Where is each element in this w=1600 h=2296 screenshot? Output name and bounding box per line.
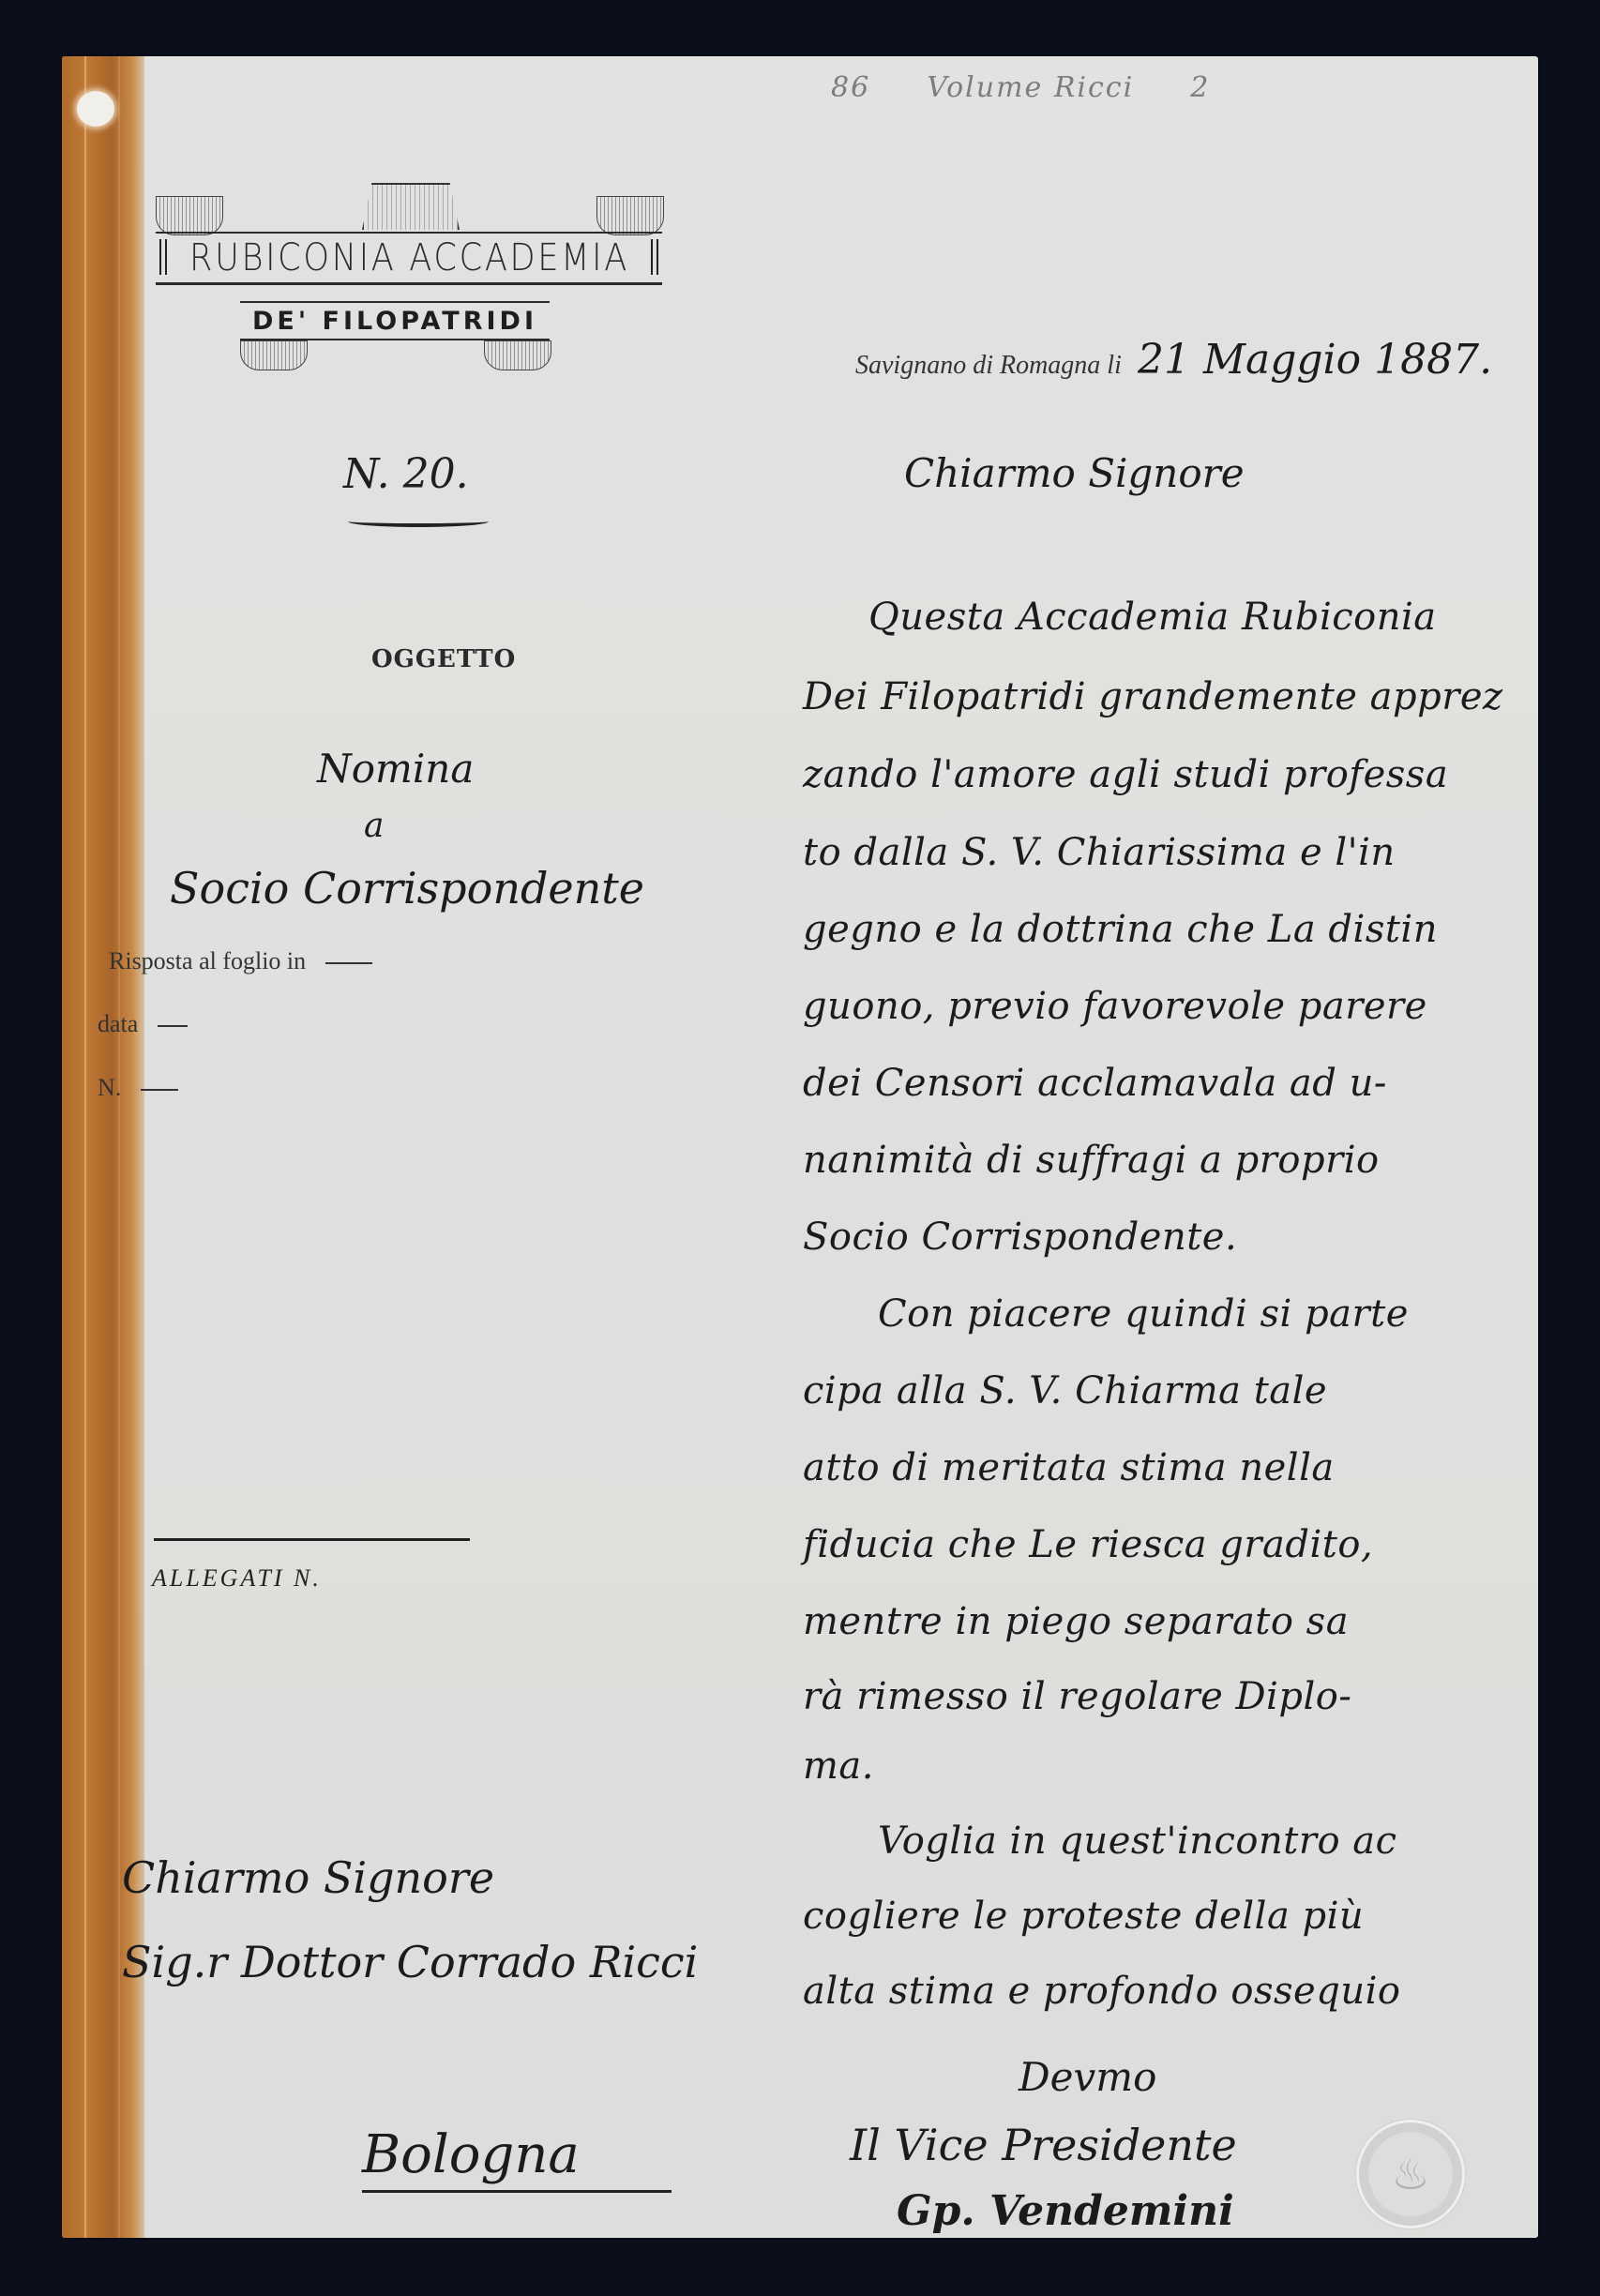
ribbon-curl-icon <box>596 196 664 235</box>
subject-line-2: a <box>364 807 384 845</box>
ribbon-curl-icon <box>484 340 551 370</box>
body-line: Con piacere quindi si parte <box>878 1292 1538 1336</box>
signature: Gp. Vendemini <box>897 2187 1234 2235</box>
punch-hole <box>77 91 114 127</box>
date-blank <box>158 1025 188 1027</box>
recipient-city: Bologna <box>362 2124 580 2185</box>
letterhead-title: RUBICONIA ACCADEMIA <box>189 236 629 279</box>
letterhead-subtitle: DE' FILOPATRIDI <box>252 307 537 336</box>
body-line: atto di meritata stima nella <box>803 1446 1538 1489</box>
reply-form-row: Risposta al foglio in <box>109 947 372 975</box>
ribbon-curl-icon <box>240 340 308 370</box>
number-blank <box>141 1089 178 1091</box>
flame-seal-icon: ♨ <box>1391 2149 1429 2199</box>
number-label: N. <box>98 1074 121 1101</box>
recipient-name: Sig.r Dottor Corrado Ricci <box>122 1937 698 1987</box>
body-line: dei Censori acclamavala ad u- <box>803 1062 1538 1105</box>
body-line: mentre in piego separato sa <box>803 1600 1538 1643</box>
number-form-row: N. <box>98 1074 178 1102</box>
body-line: alta stima e profondo ossequio <box>803 1970 1538 2013</box>
body-line: Socio Corrispondente. <box>803 1216 1538 1259</box>
date-form-row: data <box>98 1010 188 1038</box>
subject-line-1: Nomina <box>317 746 474 792</box>
reply-label: Risposta al foglio in <box>109 947 306 974</box>
ribbon-curl-icon <box>156 196 223 235</box>
protocol-number: N. 20. <box>343 450 469 498</box>
archive-pencil-note: 86 Volume Ricci 2 <box>831 71 1210 104</box>
embossed-seal: ♨ <box>1356 2120 1465 2228</box>
body-line: ma. <box>803 1745 1538 1788</box>
body-line: rà rimesso il regolare Diplo- <box>803 1675 1538 1718</box>
archive-number: 86 <box>831 71 870 104</box>
body-line: gegno e la dottrina che La distin <box>803 908 1538 951</box>
subject-label: OGGETTO <box>371 645 516 673</box>
recipient-salutation: Chiarmo Signore <box>122 1852 494 1903</box>
city-underline <box>362 2190 672 2193</box>
flourish-divider <box>348 516 489 527</box>
archive-label: Volume Ricci <box>927 71 1134 104</box>
attachments-rule <box>154 1538 470 1541</box>
letterhead-sub-banner: DE' FILOPATRIDI <box>240 301 550 340</box>
binding-vein <box>118 56 120 2238</box>
dateline-date: 21 Maggio 1887. <box>1138 336 1492 384</box>
body-line: Questa Accademia Rubiconia <box>868 596 1538 639</box>
body-line: guono, previo favorevole parere <box>803 985 1538 1028</box>
binding-vein <box>84 56 86 2238</box>
binding-strip <box>62 56 144 2238</box>
dateline: Savignano di Romagna li 21 Maggio 1887. <box>855 336 1492 384</box>
body-line: Voglia in quest'incontro ac <box>878 1820 1538 1863</box>
signatory-title: Il Vice Presidente <box>850 2120 1237 2170</box>
letterhead-banner: RUBICONIA ACCADEMIA <box>156 232 662 285</box>
body-line: fiducia che Le riesca gradito, <box>803 1523 1538 1566</box>
valediction: Devmo <box>1019 2054 1156 2100</box>
letterhead-ornament-icon <box>362 183 460 230</box>
body-line: Dei Filopatridi grandemente apprez <box>803 675 1538 718</box>
reply-blank <box>325 962 372 964</box>
body-line: zando l'amore agli studi professa <box>803 753 1538 796</box>
body-line: cipa alla S. V. Chiarma tale <box>803 1369 1538 1412</box>
body-line: cogliere le proteste della più <box>803 1895 1538 1938</box>
letterhead: RUBICONIA ACCADEMIA DE' FILOPATRIDI <box>146 174 681 399</box>
attachments-label: ALLEGATI N. <box>152 1564 322 1593</box>
dateline-place: Savignano di Romagna li <box>855 351 1122 380</box>
salutation: Chiarmo Signore <box>904 450 1245 496</box>
archive-volume: 2 <box>1190 71 1210 104</box>
date-label: data <box>98 1010 138 1037</box>
subject-line-3: Socio Corrispondente <box>170 863 644 914</box>
body-line: nanimità di suffragi a proprio <box>803 1139 1538 1182</box>
body-line: to dalla S. V. Chiarissima e l'in <box>803 831 1538 874</box>
letter-sheet: 86 Volume Ricci 2 RUBICONIA ACCADEMIA DE… <box>62 56 1538 2238</box>
